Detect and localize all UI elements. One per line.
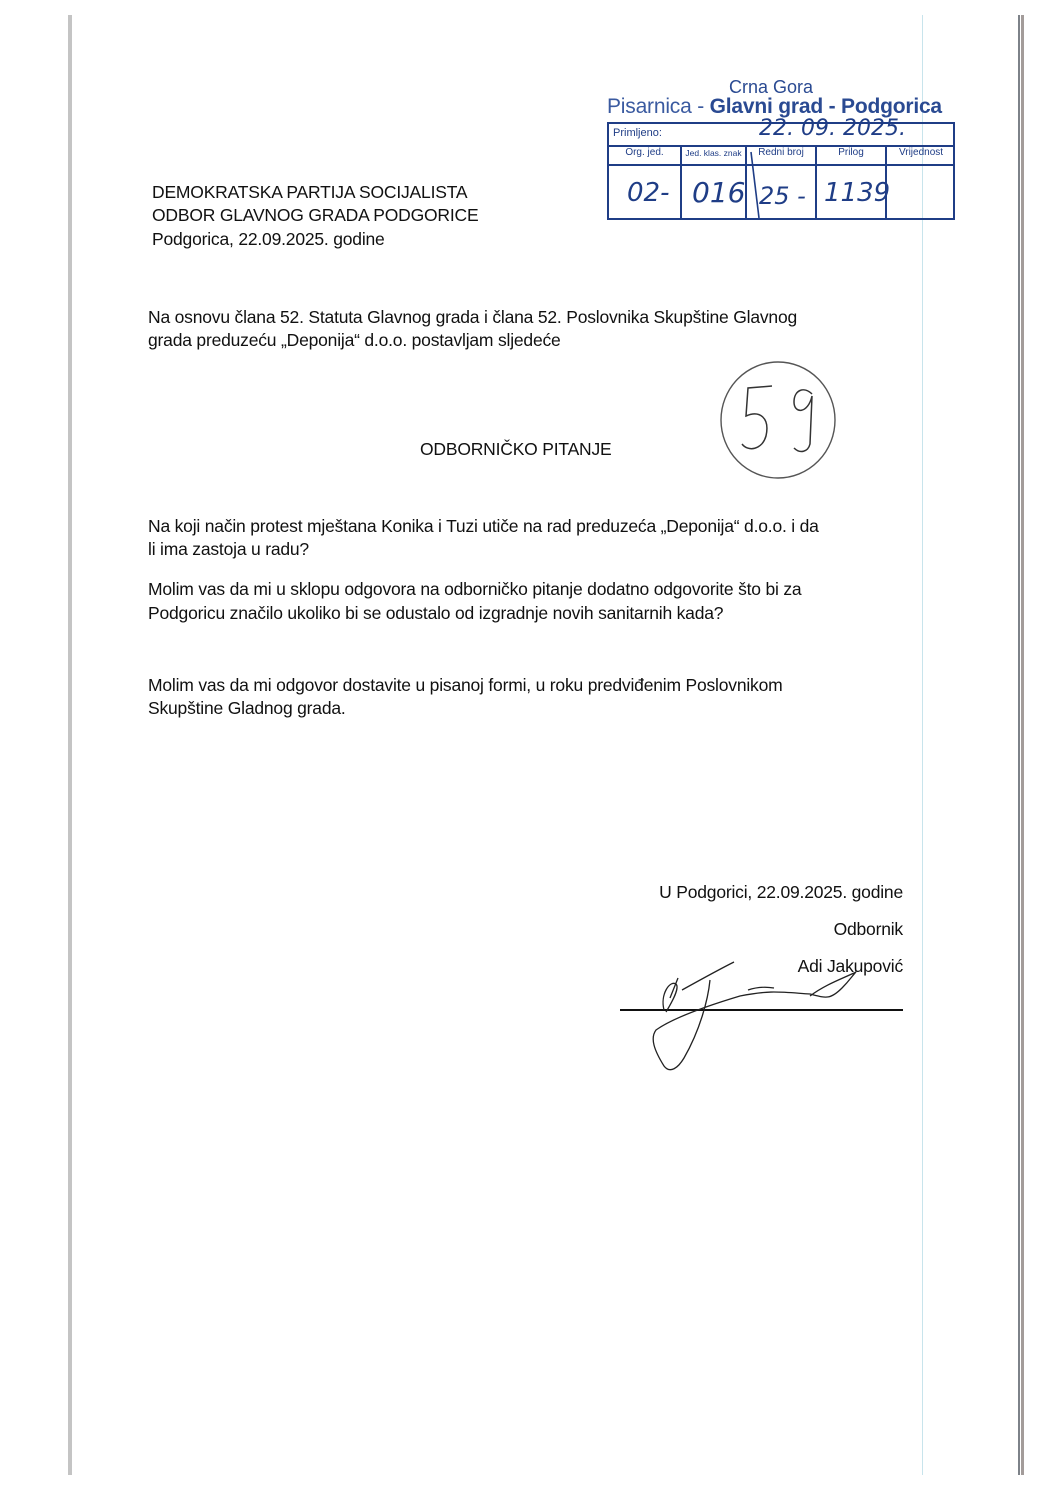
stamp-value-org: 02-	[627, 178, 669, 208]
question-1-line-2: li ima zastoja u radu?	[148, 538, 309, 560]
page-edge-left	[68, 15, 72, 1475]
page-edge-right-shadow	[1021, 15, 1024, 1475]
signatory-role: Odbornik	[834, 918, 903, 940]
question-2-line-2: Podgoricu značilo ukoliko bi se odustalo…	[148, 602, 723, 624]
document-title: ODBORNIČKO PITANJE	[420, 438, 612, 460]
stamp-col-attachment: Prilog	[817, 147, 885, 158]
stamp-office-prefix: Pisarnica -	[607, 95, 710, 118]
stamp-table: Primljeno: 22. 09. 2025. Org. jed. Jed. …	[607, 122, 955, 220]
circled-number-mark	[712, 358, 848, 484]
intro-line-1: Na osnovu člana 52. Statuta Glavnog grad…	[148, 306, 797, 328]
stamp-col-class: Jed. klas. znak	[682, 148, 745, 158]
stamp-office-name: Glavni grad - Podgorica	[710, 95, 942, 118]
handwritten-signature	[630, 950, 870, 1080]
stamp-col-org: Org. jed.	[609, 147, 680, 158]
question-2-line-1: Molim vas da mi u sklopu odgovora na odb…	[148, 578, 801, 600]
closing-place-date: U Podgorici, 22.09.2025. godine	[659, 881, 903, 903]
stamp-received-date: 22. 09. 2025.	[759, 116, 906, 141]
question-1-line-1: Na koji način protest mještana Konika i …	[148, 515, 819, 537]
stamp-value-attachment: 1139	[824, 178, 890, 208]
page-edge-right	[1018, 15, 1020, 1475]
sender-organization: DEMOKRATSKA PARTIJA SOCIJALISTA	[152, 181, 467, 203]
intro-line-2: grada preduzeću „Deponija“ d.o.o. postav…	[148, 329, 561, 351]
page-edge-right-guide	[922, 15, 923, 1475]
request-line-2: Skupštine Gladnog grada.	[148, 697, 346, 719]
stamp-value-class: 016	[692, 176, 745, 209]
stamp-stroke	[747, 148, 767, 220]
sender-committee: ODBOR GLAVNOG GRADA PODGORICE	[152, 204, 478, 226]
request-line-1: Molim vas da mi odgovor dostavite u pisa…	[148, 674, 783, 696]
stamp-col-value: Vrijednost	[887, 147, 955, 158]
stamp-received-label: Primljeno:	[613, 127, 662, 139]
sender-place-date: Podgorica, 22.09.2025. godine	[152, 228, 385, 250]
